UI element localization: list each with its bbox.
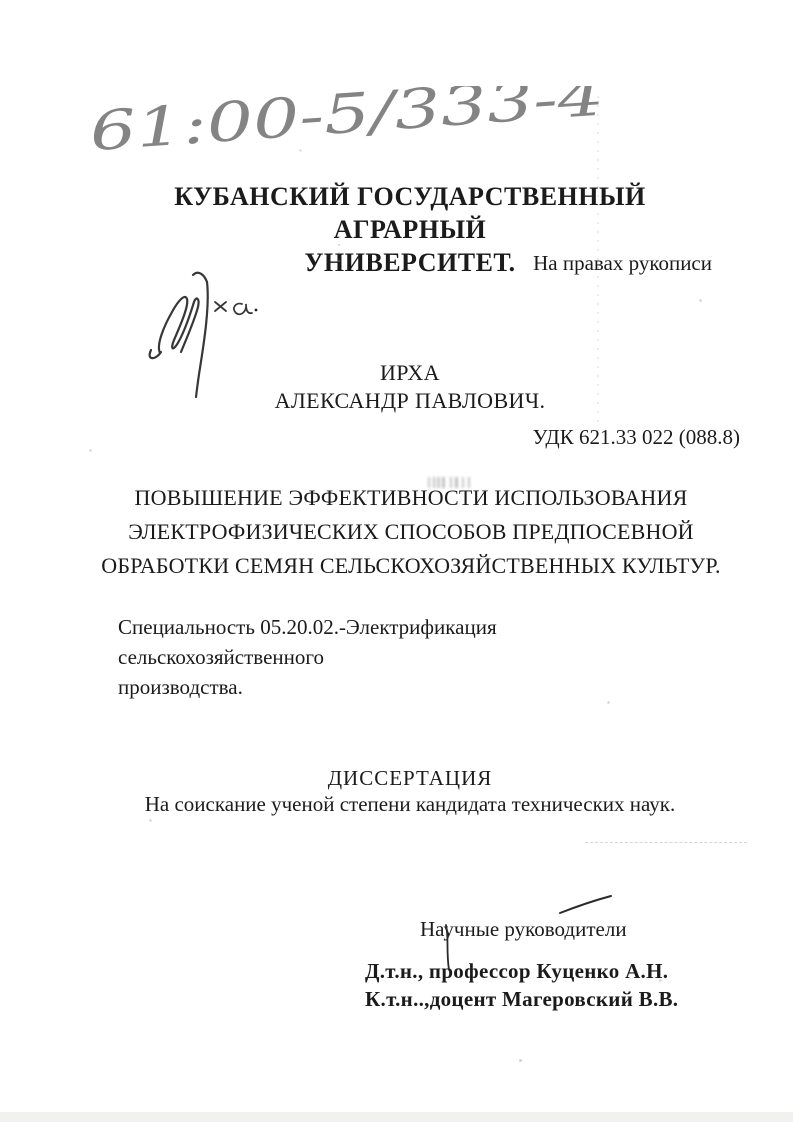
supervisors-list: Д.т.н., профессор Куценко А.Н. К.т.н..,д… bbox=[365, 957, 678, 1013]
dissertation-title: ПОВЫШЕНИЕ ЭФФЕКТИВНОСТИ ИСПОЛЬЗОВАНИЯ ЭЛ… bbox=[96, 481, 726, 583]
scan-noise-specks bbox=[0, 0, 1, 1]
dissertation-subheading: На соискание ученой степени кандидата те… bbox=[100, 791, 720, 817]
scanned-title-page: 61:00-5/333-4 КУБАНСКИЙ ГОСУДАРСТВЕННЫЙ … bbox=[0, 0, 793, 1122]
supervisor-item: К.т.н..,доцент Магеровский В.В. bbox=[365, 985, 678, 1013]
author-name-block: ИРХА АЛЕКСАНДР ПАВЛОВИЧ. bbox=[110, 359, 710, 415]
specialty-line2: производства. bbox=[118, 672, 698, 702]
dissertation-block: ДИССЕРТАЦИЯ На соискание ученой степени … bbox=[100, 765, 720, 817]
title-line3: ОБРАБОТКИ СЕМЯН СЕЛЬСКОХОЗЯЙСТВЕННЫХ КУЛ… bbox=[96, 549, 726, 583]
university-name-line1: КУБАНСКИЙ ГОСУДАРСТВЕННЫЙ АГРАРНЫЙ bbox=[110, 180, 710, 246]
author-surname: ИРХА bbox=[110, 359, 710, 387]
dissertation-heading: ДИССЕРТАЦИЯ bbox=[100, 765, 720, 791]
handwritten-archive-number: 61:00-5/333-4 bbox=[85, 86, 630, 186]
supervisors-heading: Научные руководители bbox=[420, 917, 627, 942]
manuscript-note: На правах рукописи bbox=[533, 251, 712, 276]
udk-code: УДК 621.33 022 (088.8) bbox=[533, 425, 740, 450]
specialty-block: Специальность 05.20.02.-Электрификация с… bbox=[118, 612, 698, 702]
title-line1: ПОВЫШЕНИЕ ЭФФЕКТИВНОСТИ ИСПОЛЬЗОВАНИЯ bbox=[96, 481, 726, 515]
scan-line-artifact bbox=[585, 842, 747, 843]
scan-edge-shadow bbox=[0, 1112, 793, 1122]
author-name-patronymic: АЛЕКСАНДР ПАВЛОВИЧ. bbox=[110, 387, 710, 415]
specialty-line1: Специальность 05.20.02.-Электрификация с… bbox=[118, 612, 698, 672]
title-line2: ЭЛЕКТРОФИЗИЧЕСКИХ СПОСОБОВ ПРЕДПОСЕВНОЙ bbox=[96, 515, 726, 549]
supervisor-item: Д.т.н., профессор Куценко А.Н. bbox=[365, 957, 678, 985]
archive-number-text: 61:00-5/333-4 bbox=[88, 86, 606, 163]
